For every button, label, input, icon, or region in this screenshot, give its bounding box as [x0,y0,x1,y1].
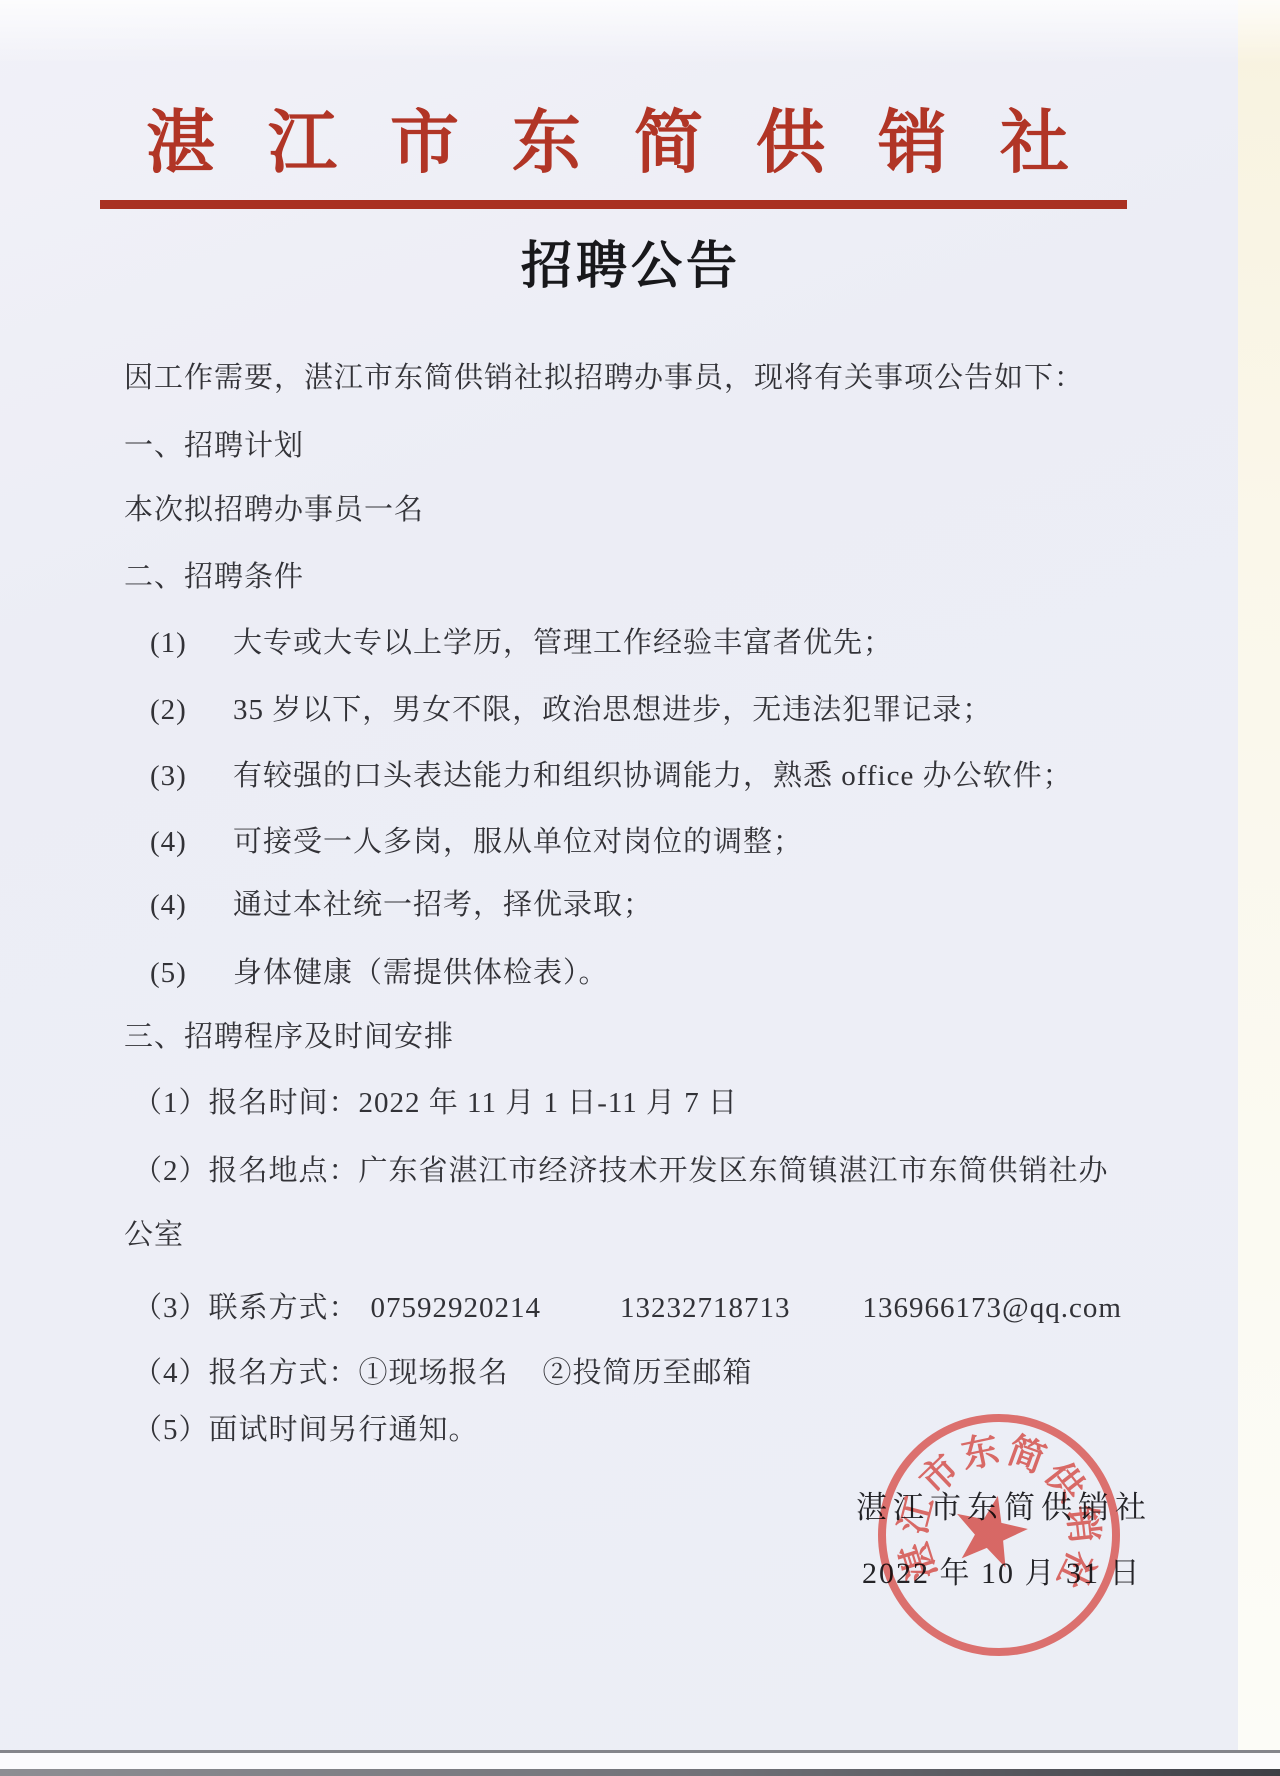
official-seal: 湛江市东简供销社 [864,1400,1134,1670]
item-number: (1) [150,623,233,663]
condition-item-6: (5)身体健康（需提供体检表）。 [150,953,609,993]
item-number: （3） [133,1292,209,1324]
document-title: 招聘公告 [0,224,1262,298]
section-1-text: 本次拟招聘办事员一名 [124,490,424,530]
item-number: （4） [133,1357,209,1389]
intro-paragraph: 因工作需要，湛江市东简供销社拟招聘办事员，现将有关事项公告如下： [124,358,1084,398]
contact-label: 联系方式： [209,1292,359,1324]
section-1-heading: 一、招聘计划 [124,426,304,466]
procedure-item-1: （1）报名时间：2022 年 11 月 1 日-11 月 7 日 [133,1083,738,1123]
item-text: 大专或大专以上学历，管理工作经验丰富者优先； [233,627,893,659]
condition-item-4: (4)可接受一人多岗，服从单位对岗位的调整； [150,822,803,862]
scan-bed-strip [0,1753,1280,1769]
item-text: 报名时间：2022 年 11 月 1 日-11 月 7 日 [209,1087,739,1119]
item-number: （2） [133,1155,209,1187]
contact-phone-2: 13232718713 [620,1292,791,1324]
condition-item-5: (4)通过本社统一招考，择优录取； [150,885,653,925]
org-title: 湛江市东简供销社 [146,106,1122,182]
seal-star-icon [948,1488,1033,1570]
item-number: （5） [133,1414,209,1446]
apply-label: 报名方式： [209,1357,359,1389]
procedure-item-4-apply-method: （4）报名方式：①现场报名②投简历至邮箱 [133,1353,753,1393]
item-text: 35 岁以下，男女不限，政治思想进步，无违法犯罪记录； [233,694,992,726]
procedure-item-5: （5）面试时间另行通知。 [133,1410,479,1450]
item-number: (3) [150,756,233,796]
apply-option-1: ①现场报名 [359,1357,509,1389]
item-number: (2) [150,690,233,730]
section-3-heading: 三、招聘程序及时间安排 [124,1017,454,1057]
title-divider [100,200,1127,209]
procedure-item-2: （2）报名地点：广东省湛江市经济技术开发区东简镇湛江市东简供销社办 [133,1151,1109,1191]
item-text: 可接受一人多岗，服从单位对岗位的调整； [233,826,803,858]
item-number: (4) [150,885,233,925]
item-number: (4) [150,822,233,862]
item-number: （1） [133,1087,209,1119]
procedure-item-2-continuation: 公室 [124,1215,184,1255]
condition-item-3: (3)有较强的口头表达能力和组织协调能力，熟悉 office 办公软件； [150,756,1073,796]
scanned-document-page: 湛江市东简供销社 招聘公告 因工作需要，湛江市东简供销社拟招聘办事员，现将有关事… [0,0,1280,1776]
item-text: 有较强的口头表达能力和组织协调能力，熟悉 office 办公软件； [233,760,1073,792]
item-number: (5) [150,953,233,993]
apply-option-2: ②投简历至邮箱 [543,1357,753,1389]
contact-email: 136966173@qq.com [863,1292,1122,1324]
item-text: 身体健康（需提供体检表）。 [233,957,609,989]
scan-edge-top [0,0,1280,64]
procedure-item-3-contact: （3）联系方式：0759292021413232718713136966173@… [133,1288,1122,1328]
item-text: 面试时间另行通知。 [209,1414,479,1446]
contact-phone-1: 07592920214 [371,1292,542,1324]
condition-item-1: (1)大专或大专以上学历，管理工作经验丰富者优先； [150,623,893,663]
section-2-heading: 二、招聘条件 [124,557,304,597]
condition-item-2: (2)35 岁以下，男女不限，政治思想进步，无违法犯罪记录； [150,690,992,730]
item-text: 报名地点：广东省湛江市经济技术开发区东简镇湛江市东简供销社办 [209,1155,1109,1187]
scan-shadow-bar [0,1769,1280,1776]
item-text: 通过本社统一招考，择优录取； [233,889,653,921]
